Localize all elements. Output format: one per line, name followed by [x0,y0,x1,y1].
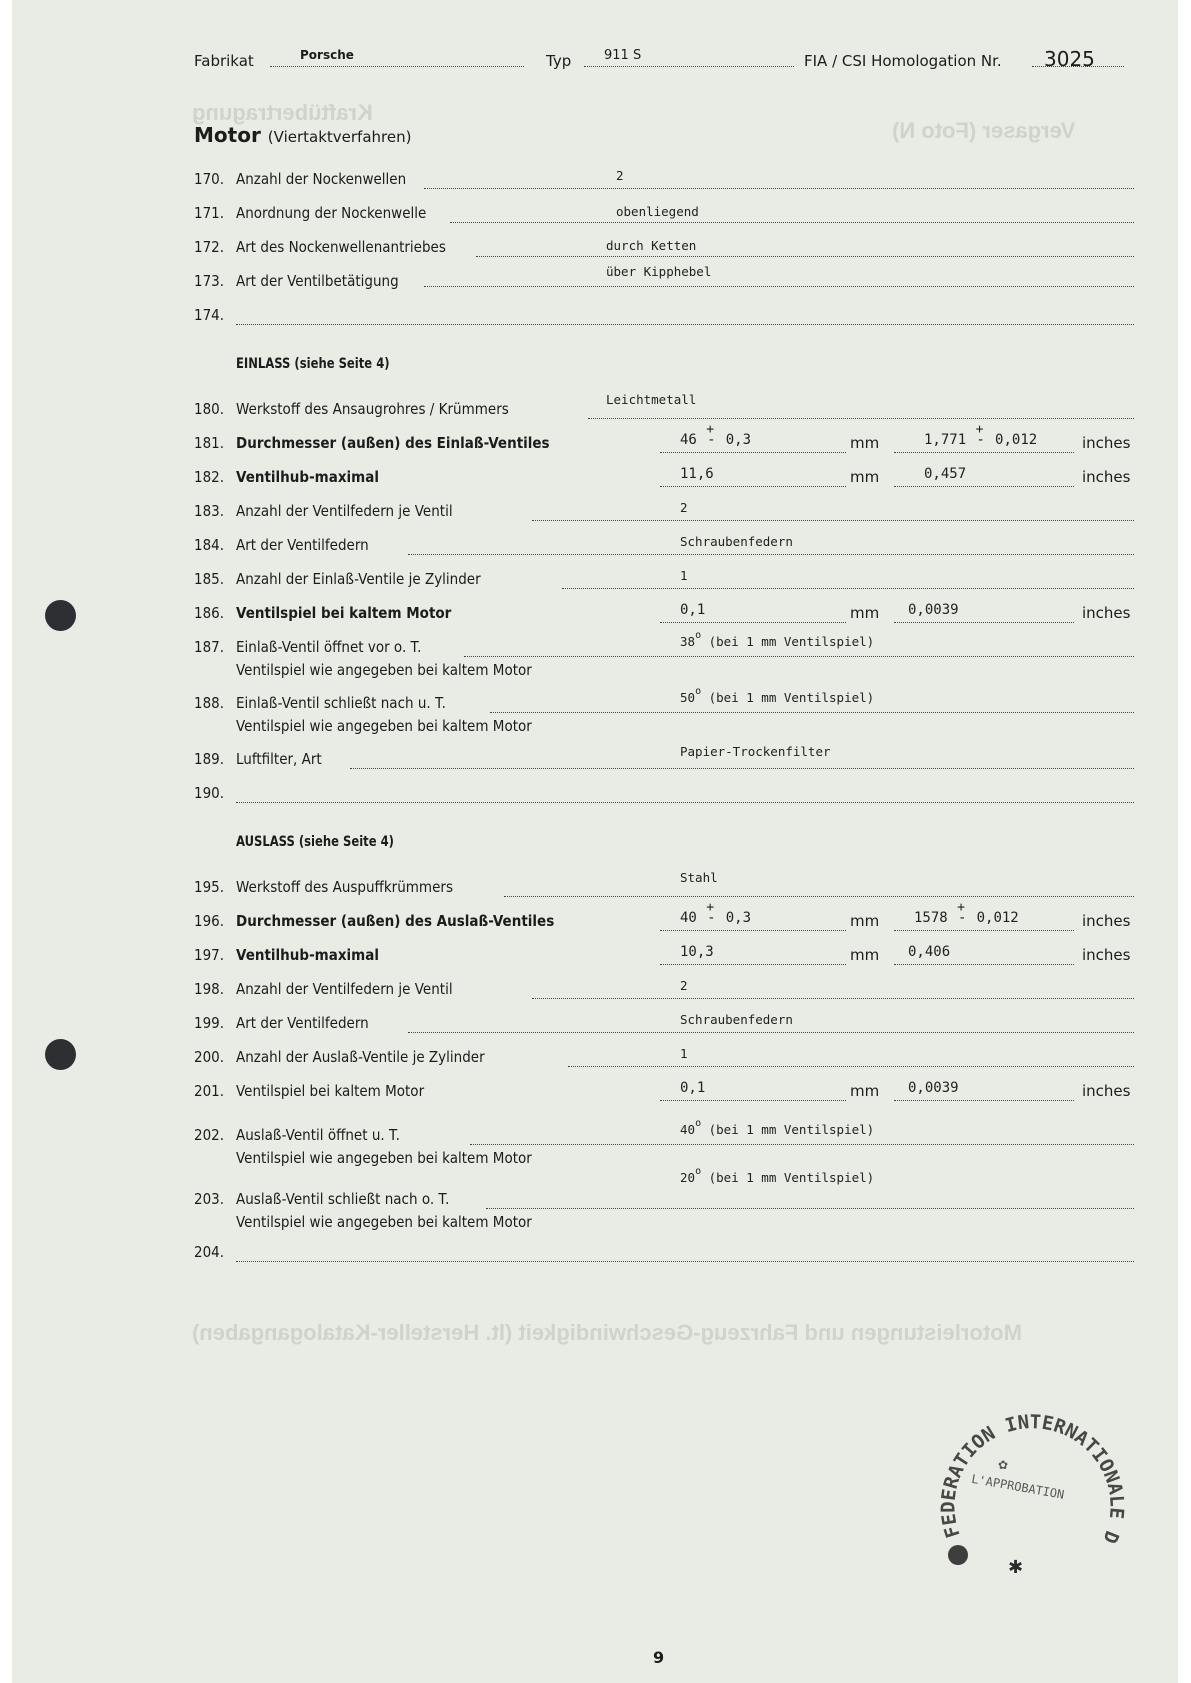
row-value: obenliegend [616,204,699,219]
mm-value: 11,6 [680,466,714,482]
inch-field-line [894,452,1074,453]
row-number: 183. [194,502,224,520]
section-title-sub: (Viertaktverfahren) [268,128,412,146]
form-row-182: 182. Ventilhub-maximal 11,6 mm 0,457 inc… [194,468,1134,492]
mm-value: 46 +- 0,3 [680,432,751,448]
row-number: 189. [194,750,224,768]
form-row-172: 172. Art des Nockenwellenantriebes durch… [194,238,1134,262]
row-number: 202. [194,1126,224,1144]
row-field-line [490,712,1134,713]
row-label: Werkstoff des Ansaugrohres / Krümmers [236,400,509,418]
unit-inches: inches [1082,1082,1130,1100]
punch-hole [45,1039,76,1070]
row-value: 50o (bei 1 mm Ventilspiel) [680,690,874,705]
row-field-line [470,1144,1134,1145]
row-value: Papier-Trockenfilter [680,744,831,759]
row-field-line [236,324,1134,325]
row-value: Schraubenfedern [680,1012,793,1027]
form-header: Fabrikat Porsche Typ 911 S FIA / CSI Hom… [194,48,1134,72]
row-number: 197. [194,946,224,964]
row-number: 184. [194,536,224,554]
row-label: Ventilspiel bei kaltem Motor [236,1082,424,1100]
row-field-line [424,188,1134,189]
punch-hole [45,600,76,631]
form-row-185: 185. Anzahl der Einlaß-Ventile je Zylind… [194,570,1134,594]
svg-text:FEDERATION INTERNATIONALE DE L: FEDERATION INTERNATIONALE DE L'AUTOMOBIL… [930,1385,1128,1546]
form-row-190: 190. [194,784,1134,808]
row-field-line [424,286,1134,287]
form-row-197: 197. Ventilhub-maximal 10,3 mm 0,406 inc… [194,946,1134,970]
row-number: 172. [194,238,224,256]
unit-inches: inches [1082,946,1130,964]
form-row-200: 200. Anzahl der Auslaß-Ventile je Zylind… [194,1048,1134,1072]
form-row-184: 184. Art der Ventilfedern Schraubenfeder… [194,536,1134,560]
inch-value: 0,0039 [908,602,959,618]
inch-field-line [894,622,1074,623]
row-field-line [504,896,1134,897]
stamp-center-text: L'APPROBATION [970,1472,1065,1502]
row-label: Anzahl der Ventilfedern je Ventil [236,502,453,520]
row-number: 174. [194,306,224,324]
row-value: 2 [616,168,624,183]
homologation-label: FIA / CSI Homologation Nr. [804,52,1002,70]
form-row-203: 203. Auslaß-Ventil schließt nach o. T. V… [194,1190,1134,1214]
row-value: 1 [680,568,688,583]
inch-value: 0,457 [924,466,966,482]
fabrikat-value: Porsche [300,48,354,62]
mm-field-line [660,930,846,931]
row-field-line [236,802,1134,803]
row-number: 204. [194,1243,224,1261]
row-field-line [350,768,1134,769]
row-label: Art des Nockenwellenantriebes [236,238,446,256]
unit-mm: mm [850,434,879,452]
form-row-171: 171. Anordnung der Nockenwelle obenliege… [194,204,1134,228]
row-number: 173. [194,272,224,290]
row-label: Anordnung der Nockenwelle [236,204,426,222]
mm-value: 0,1 [680,1080,705,1096]
row-number: 199. [194,1014,224,1032]
row-label: Ventilhub-maximal [236,946,379,964]
row-field-line [236,1261,1134,1262]
row-number: 185. [194,570,224,588]
row-label: Anzahl der Einlaß-Ventile je Zylinder [236,570,481,588]
row-field-line [562,588,1134,589]
inch-value: 0,0039 [908,1080,959,1096]
row-field-line [476,256,1134,257]
row-number: 186. [194,604,224,622]
mm-field-line [660,452,846,453]
row-number: 203. [194,1190,224,1208]
row-number: 171. [194,204,224,222]
form-row-198: 198. Anzahl der Ventilfedern je Ventil 2 [194,980,1134,1004]
mm-field-line [660,1100,846,1101]
row-label: Ventilspiel bei kaltem Motor [236,604,451,622]
row-label: Art der Ventilfedern [236,1014,369,1032]
homologation-number: 3025 [1044,47,1095,71]
row-number: 182. [194,468,224,486]
row-field-line [532,998,1134,999]
unit-mm: mm [850,604,879,622]
bleed-through-text: Vergaser (Foto N) [892,118,1075,144]
form-row-199: 199. Art der Ventilfedern Schraubenfeder… [194,1014,1134,1038]
row-label: Ventilhub-maximal [236,468,379,486]
row-number: 198. [194,980,224,998]
unit-mm: mm [850,946,879,964]
row-value: 40o (bei 1 mm Ventilspiel) [680,1122,874,1137]
form-row-188: 188. Einlaß-Ventil schließt nach u. T. V… [194,694,1134,718]
row-value: Leichtmetall [606,392,696,407]
typ-value: 911 S [604,48,641,63]
row-label: Werkstoff des Auspuffkrümmers [236,878,453,896]
section-title-main: Motor [194,123,261,147]
inch-value: 1578 +- 0,012 [914,910,1019,926]
mm-value: 10,3 [680,944,714,960]
row-number: 180. [194,400,224,418]
auslass-heading: AUSLASS (siehe Seite 4) [236,834,394,850]
row-label: Einlaß-Ventil öffnet vor o. T. [236,638,421,656]
inch-field-line [894,930,1074,931]
form-row-189: 189. Luftfilter, Art Papier-Trockenfilte… [194,750,1134,774]
row-value: durch Ketten [606,238,696,253]
row-label: Auslaß-Ventil öffnet u. T. [236,1126,400,1144]
form-row-170: 170. Anzahl der Nockenwellen 2 [194,170,1134,194]
unit-mm: mm [850,468,879,486]
inch-value: 0,406 [908,944,950,960]
row-field-line [568,1066,1134,1067]
row-label: Luftfilter, Art [236,750,322,768]
row-number: 188. [194,694,224,712]
stamp-ring-text: FEDERATION INTERNATIONALE DE L'AUTOMOBIL… [930,1385,1128,1546]
fabrikat-field-line [270,66,524,67]
inch-field-line [894,486,1074,487]
form-row-183: 183. Anzahl der Ventilfedern je Ventil 2 [194,502,1134,526]
row-field-line [532,520,1134,521]
row-value: 38o (bei 1 mm Ventilspiel) [680,634,874,649]
bleed-through-text: Motorleistungen und Fahrzeug-Geschwindig… [192,1320,1022,1346]
page-number: 9 [653,1648,664,1667]
row-field-line [588,418,1134,419]
row-label: Durchmesser (außen) des Auslaß-Ventiles [236,912,554,930]
row-number: 190. [194,784,224,802]
row-value: 1 [680,1046,688,1061]
row-field-line [408,1032,1134,1033]
form-row-201: 201. Ventilspiel bei kaltem Motor 0,1 mm… [194,1082,1134,1106]
mm-field-line [660,964,846,965]
unit-mm: mm [850,912,879,930]
unit-inches: inches [1082,912,1130,930]
form-row-196: 196. Durchmesser (außen) des Auslaß-Vent… [194,912,1134,936]
fia-approval-stamp-icon: FEDERATION INTERNATIONALE DE L'AUTOMOBIL… [930,1385,1130,1585]
row-number: 187. [194,638,224,656]
row-number: 195. [194,878,224,896]
row-label: Einlaß-Ventil schließt nach u. T. [236,694,446,712]
typ-label: Typ [546,52,571,70]
row-label: Anzahl der Ventilfedern je Ventil [236,980,453,998]
form-row-181: 181. Durchmesser (außen) des Einlaß-Vent… [194,434,1134,458]
form-row-202: 202. Auslaß-Ventil öffnet u. T. Ventilsp… [194,1126,1134,1150]
row-label: Art der Ventilfedern [236,536,369,554]
row-number: 181. [194,434,224,452]
form-row-187: 187. Einlaß-Ventil öffnet vor o. T. Vent… [194,638,1134,662]
mm-value: 40 +- 0,3 [680,910,751,926]
row-label-note: Ventilspiel wie angegeben bei kaltem Mot… [236,717,532,735]
section-title: Motor (Viertaktverfahren) [194,123,411,147]
row-value: 20o (bei 1 mm Ventilspiel) [680,1170,874,1185]
row-number: 201. [194,1082,224,1100]
form-row-180: 180. Werkstoff des Ansaugrohres / Krümme… [194,400,1134,424]
stamp-emblem: ✿ [998,1458,1008,1472]
form-row-204: 204. [194,1243,1134,1267]
row-label: Auslaß-Ventil schließt nach o. T. [236,1190,449,1208]
form-row-195: 195. Werkstoff des Auspuffkrümmers Stahl [194,878,1134,902]
typ-field-line [584,66,794,67]
form-row-173: 173. Art der Ventilbetätigung über Kipph… [194,272,1134,296]
unit-inches: inches [1082,468,1130,486]
form-row-174: 174. [194,306,1134,330]
row-value: Schraubenfedern [680,534,793,549]
row-number: 170. [194,170,224,188]
unit-mm: mm [850,1082,879,1100]
row-field-line [450,222,1134,223]
svg-text:✱: ✱ [1008,1557,1023,1578]
row-value: 2 [680,978,688,993]
row-label: Art der Ventilbetätigung [236,272,399,290]
unit-inches: inches [1082,434,1130,452]
row-field-line [464,656,1134,657]
row-label-note: Ventilspiel wie angegeben bei kaltem Mot… [236,1149,532,1167]
inch-value: 1,771 +- 0,012 [924,432,1037,448]
mm-field-line [660,486,846,487]
row-number: 196. [194,912,224,930]
einlass-heading: EINLASS (siehe Seite 4) [236,356,390,372]
row-label-note: Ventilspiel wie angegeben bei kaltem Mot… [236,661,532,679]
row-label: Anzahl der Auslaß-Ventile je Zylinder [236,1048,485,1066]
mm-value: 0,1 [680,602,705,618]
row-label: Durchmesser (außen) des Einlaß-Ventiles [236,434,550,452]
form-row-186: 186. Ventilspiel bei kaltem Motor 0,1 mm… [194,604,1134,628]
row-field-line [486,1208,1134,1209]
inch-field-line [894,964,1074,965]
row-value: über Kipphebel [606,264,711,279]
mm-field-line [660,622,846,623]
unit-inches: inches [1082,604,1130,622]
row-label: Anzahl der Nockenwellen [236,170,406,188]
inch-field-line [894,1100,1074,1101]
row-number: 200. [194,1048,224,1066]
row-label-note: Ventilspiel wie angegeben bei kaltem Mot… [236,1213,532,1231]
row-value: Stahl [680,870,718,885]
fabrikat-label: Fabrikat [194,52,254,70]
row-field-line [408,554,1134,555]
row-value: 2 [680,500,688,515]
